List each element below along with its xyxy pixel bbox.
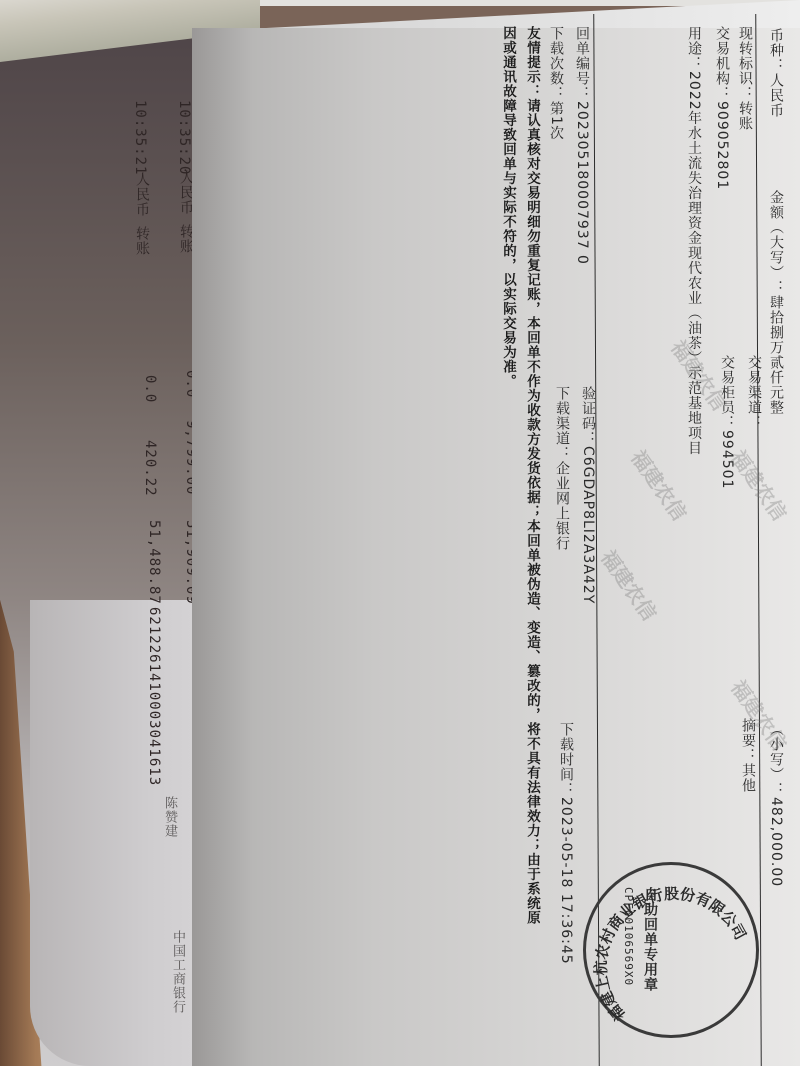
statement-bank-name: 中国工商银行 (168, 930, 187, 1014)
notice-line-1: 友情提示：请认真核对交易明细勿重复记账，本回单不作为收款方发货依据；本回单被伪造… (522, 26, 542, 925)
currency-value: 人民币 (768, 73, 784, 118)
download-time-field: 下载时间：2023-05-18 17:36:45 (556, 722, 576, 965)
seal-code: CPF00106569X0 (622, 887, 635, 986)
statement-row-2-col-c: 51,488.87 (146, 520, 162, 605)
cash-transfer-field: 现转标识：转账 (735, 26, 755, 131)
download-time-label: 下载时间： (558, 722, 574, 797)
verification-code-value: C6GDAP8LI2A3A42Y (580, 446, 596, 604)
notice-line-2: 因或通讯故障导致回单与实际不符的，以实际交易为准。 (498, 26, 518, 389)
download-count-field: 下载次数：第1次 (546, 26, 566, 141)
institution-value: 909052801 (714, 101, 730, 190)
statement-row-2-account: 6212261410003041613 (146, 607, 162, 786)
statement-row-2-name: 陈赞建 (160, 796, 179, 838)
summary-label: 摘要： (740, 718, 756, 763)
receipt-number-value: 202305180007937 0 (574, 101, 590, 265)
download-channel-label: 下载渠道： (554, 386, 570, 461)
channel-label: 交易渠道： (746, 355, 762, 430)
purpose-value: 2022年水土流失治理资金现代农业（油茶）示范基地项目 (686, 71, 702, 456)
institution-label: 交易机构： (714, 26, 730, 101)
receipt-number-field: 回单编号：202305180007937 0 (572, 26, 592, 265)
currency-field: 币种：人民币 (766, 28, 786, 118)
amount-figures-field: （小写）：482,000.00 (766, 722, 786, 887)
teller-field: 交易柜员：994501 (717, 355, 737, 489)
currency-label: 币种： (768, 28, 784, 73)
verification-code-label: 验证码： (580, 386, 596, 446)
purpose-field: 用途：2022年水土流失治理资金现代农业（油茶）示范基地项目 (684, 26, 704, 456)
amount-figures-label: （小写）： (768, 722, 784, 797)
amount-figures-value: 482,000.00 (768, 797, 784, 887)
teller-label: 交易柜员： (719, 355, 735, 430)
download-time-value: 2023-05-18 17:36:45 (558, 797, 574, 965)
receipt-number-label: 回单编号： (574, 26, 590, 101)
download-count-label: 下载次数： (548, 26, 564, 101)
amount-words-field: 金额（大写）：肆拾捌万贰仟元整 (766, 190, 786, 415)
institution-field: 交易机构：909052801 (712, 26, 732, 190)
seal-ring: 福建上杭农村商业银行股份有限公司 (586, 865, 756, 1035)
statement-row-2-col-b: 420.22 (142, 440, 158, 497)
official-seal: 福建上杭农村商业银行股份有限公司 自助回单专用章 CPF00106569X0 (583, 862, 759, 1038)
cash-transfer-value: 转账 (737, 101, 753, 131)
teller-value: 994501 (719, 430, 735, 489)
download-count-value: 第1次 (548, 101, 564, 141)
download-channel-value: 企业网上银行 (554, 461, 570, 551)
verification-code-field: 验证码：C6GDAP8LI2A3A42Y (578, 386, 598, 604)
purpose-label: 用途： (686, 26, 702, 71)
channel-field: 交易渠道： (744, 355, 764, 430)
statement-row-1-time: 10:35:20 (176, 100, 192, 175)
amount-words-label: 金额（大写）： (768, 190, 784, 295)
download-channel-field: 下载渠道：企业网上银行 (552, 386, 572, 551)
statement-row-2-type: 人民币 转账 (132, 172, 152, 256)
amount-words-value: 肆拾捌万贰仟元整 (768, 295, 784, 415)
cash-transfer-label: 现转标识： (737, 26, 753, 101)
summary-value: 其他 (740, 763, 756, 793)
statement-row-2-col-a: 0.0 (142, 375, 158, 403)
summary-field: 摘要：其他 (738, 718, 758, 793)
statement-row-2-time: 10:35:21 (132, 100, 148, 175)
seal-center-text: 自助回单专用章 (640, 887, 660, 992)
svg-text:福建上杭农村商业银行股份有限公司: 福建上杭农村商业银行股份有限公司 (592, 885, 750, 1025)
